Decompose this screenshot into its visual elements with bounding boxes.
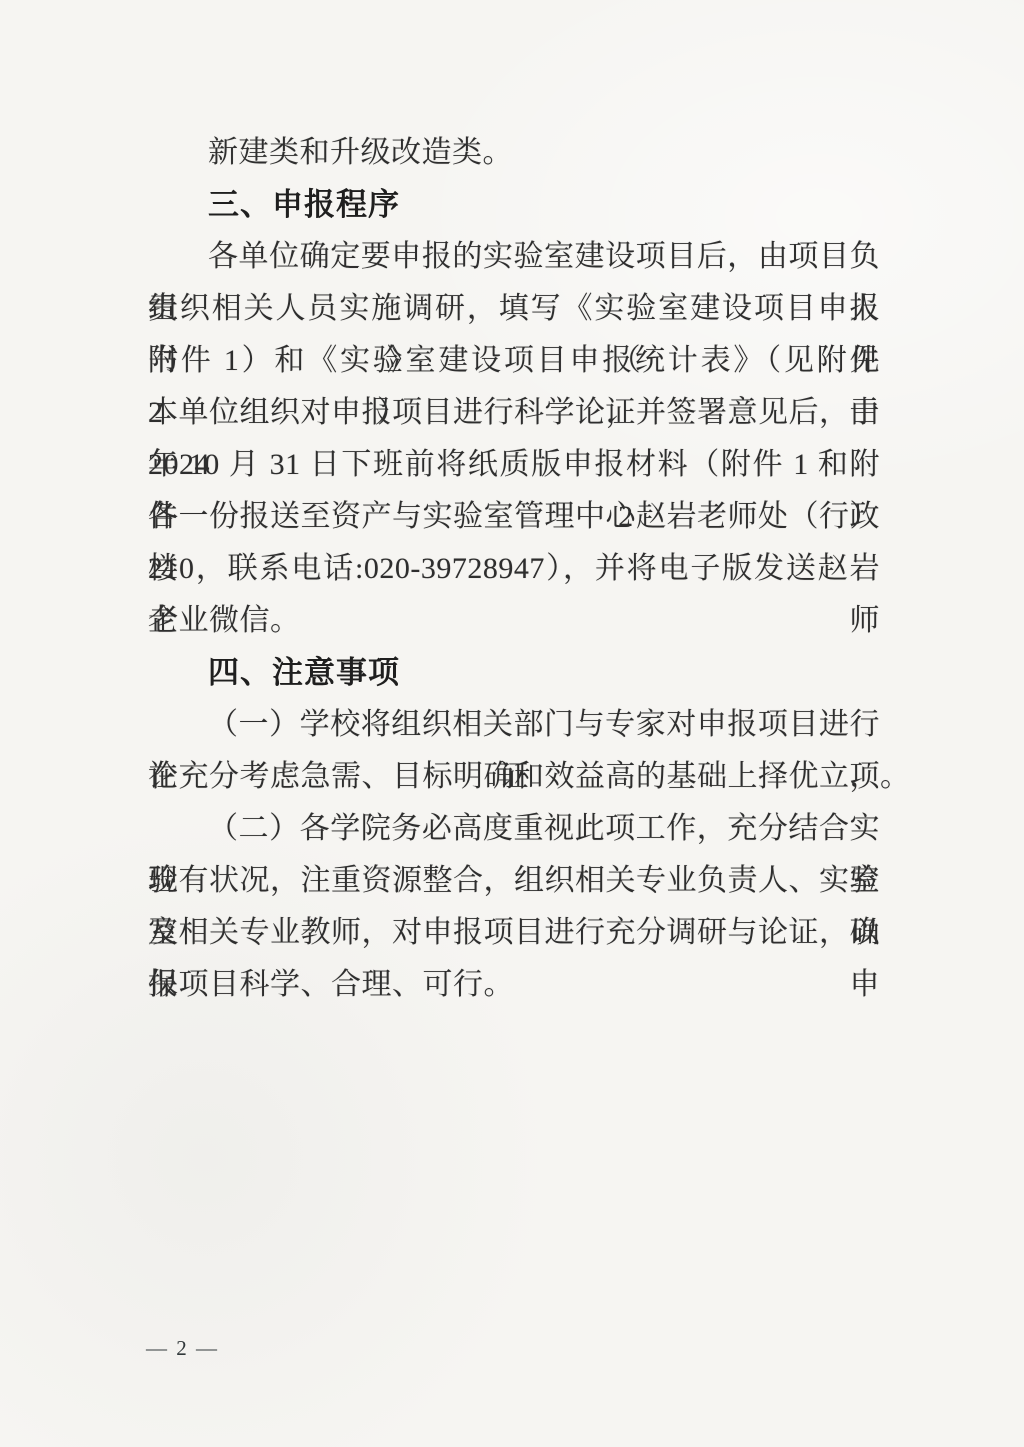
text-line: 210，联系电话:020-39728947），并将电子版发送赵岩老师 — [148, 543, 880, 595]
text-line: 及相关专业教师，对申报项目进行充分调研与论证，确保申 — [148, 907, 880, 959]
text-line: 年 10 月 31 日下班前将纸质版申报材料（附件 1 和附件 2） — [148, 439, 880, 491]
section-heading: 四、注意事项 — [148, 647, 880, 699]
scanned-document-page: 新建类和升级改造类。三、申报程序各单位确定要申报的实验室建设项目后，由项目负责人… — [0, 0, 1024, 1447]
text-line: 本单位组织对申报项目进行科学论证并签署意见后，于 2024 — [148, 387, 880, 439]
text-line: 各单位确定要申报的实验室建设项目后，由项目负责人 — [148, 231, 880, 283]
text-line: 现有状况，注重资源整合，组织相关专业负责人、实验室以 — [148, 855, 880, 907]
text-line: 附件 1）和《实验室建设项目申报统计表》（见附件 2），由 — [148, 335, 880, 387]
page-number: — 2 — — [146, 1334, 219, 1362]
text-line: 各一份报送至资产与实验室管理中心赵岩老师处（行政楼 — [148, 491, 880, 543]
text-line: （一）学校将组织相关部门与专家对申报项目进行论证， — [148, 699, 880, 751]
text-line: 新建类和升级改造类。 — [148, 127, 880, 179]
text-line: （二）各学院务必高度重视此项工作，充分结合实验室 — [148, 803, 880, 855]
text-line: 组织相关人员实施调研，填写《实验室建设项目申报书》（见 — [148, 283, 880, 335]
document-body: 新建类和升级改造类。三、申报程序各单位确定要申报的实验室建设项目后，由项目负责人… — [148, 127, 880, 1011]
section-heading: 三、申报程序 — [148, 179, 880, 231]
text-line: 在充分考虑急需、目标明确和效益高的基础上择优立项。 — [148, 751, 880, 803]
